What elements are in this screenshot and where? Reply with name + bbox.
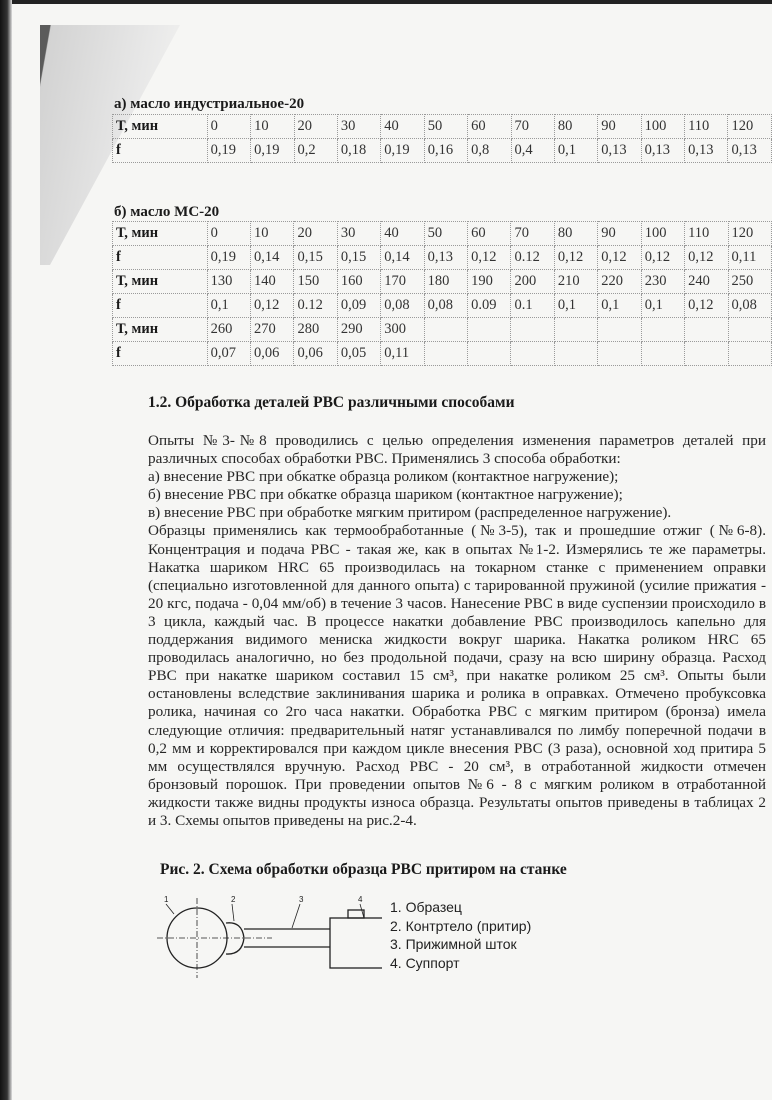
table-cell: 90 bbox=[598, 222, 641, 246]
table-cell: 0,1 bbox=[641, 294, 684, 318]
table-cell: 200 bbox=[511, 270, 554, 294]
table-b-caption: б) масло МС-20 bbox=[114, 204, 219, 221]
table-cell: 40 bbox=[381, 115, 424, 139]
table-cell: 0,19 bbox=[207, 139, 250, 163]
table-cell: 0 bbox=[207, 222, 250, 246]
svg-text:2: 2 bbox=[231, 895, 236, 904]
table-cell: 0,08 bbox=[381, 294, 424, 318]
table-cell bbox=[685, 342, 728, 366]
table-cell: 0,14 bbox=[251, 246, 294, 270]
table-cell: 0,11 bbox=[381, 342, 424, 366]
table-cell: 20 bbox=[294, 222, 337, 246]
row-label: Т, мин bbox=[113, 318, 208, 342]
table-cell: 150 bbox=[294, 270, 337, 294]
svg-text:1: 1 bbox=[164, 895, 169, 904]
list-item-a: а) внесение РВС при обкатке образца роли… bbox=[148, 468, 766, 486]
table-cell: 0,13 bbox=[641, 139, 684, 163]
table-cell: 240 bbox=[685, 270, 728, 294]
table-a-caption: а) масло индустриальное-20 bbox=[114, 96, 304, 113]
table-row: f0,10,120.120,090,080,080.090.10,10,10,1… bbox=[113, 294, 772, 318]
table-cell: 0,12 bbox=[685, 294, 728, 318]
table-cell: 280 bbox=[294, 318, 337, 342]
table-cell: 0,11 bbox=[728, 246, 772, 270]
table-cell: 0,14 bbox=[381, 246, 424, 270]
table-cell bbox=[598, 318, 641, 342]
table-cell bbox=[641, 318, 684, 342]
paragraph-intro: Опыты №3-№8 проводились с целью определе… bbox=[148, 432, 766, 468]
table-row: Т, мин0102030405060708090100110120 bbox=[113, 222, 772, 246]
table-cell: 0,12 bbox=[641, 246, 684, 270]
table-cell: 60 bbox=[468, 115, 511, 139]
row-label: f bbox=[113, 139, 208, 163]
table-cell: 60 bbox=[468, 222, 511, 246]
figure-caption: Рис. 2. Схема обработки образца РВС прит… bbox=[160, 861, 567, 879]
table-cell: 0.12 bbox=[294, 294, 337, 318]
table-cell: 0,05 bbox=[337, 342, 380, 366]
table-cell bbox=[598, 342, 641, 366]
scan-left-edge bbox=[0, 0, 12, 1100]
table-cell bbox=[511, 342, 554, 366]
table-cell bbox=[468, 342, 511, 366]
table-cell: 210 bbox=[554, 270, 597, 294]
counterbody-lap bbox=[226, 923, 244, 954]
table-cell: 0,4 bbox=[511, 139, 554, 163]
table-cell: 90 bbox=[598, 115, 641, 139]
table-cell: 0,15 bbox=[294, 246, 337, 270]
row-label: f bbox=[113, 246, 208, 270]
table-cell: 70 bbox=[511, 115, 554, 139]
table-cell: 0.1 bbox=[511, 294, 554, 318]
table-cell: 300 bbox=[381, 318, 424, 342]
table-b-mc20-oil: Т, мин0102030405060708090100110120f0,190… bbox=[112, 221, 772, 366]
table-row: Т, мин260270280290300 bbox=[113, 318, 772, 342]
figure-legend: 1. Образец 2. Контртело (притир) 3. Приж… bbox=[390, 898, 531, 972]
scan-top-edge bbox=[0, 0, 772, 4]
table-cell: 0,09 bbox=[337, 294, 380, 318]
table-cell: 0,18 bbox=[337, 139, 380, 163]
table-cell bbox=[728, 318, 772, 342]
table-cell: 0,12 bbox=[598, 246, 641, 270]
table-cell: 270 bbox=[251, 318, 294, 342]
table-cell: 10 bbox=[251, 115, 294, 139]
table-cell: 30 bbox=[337, 115, 380, 139]
table-a-industrial-oil: Т, мин0102030405060708090100110120f0,190… bbox=[112, 114, 772, 163]
table-cell: 10 bbox=[251, 222, 294, 246]
table-cell: 140 bbox=[251, 270, 294, 294]
table-cell: 120 bbox=[728, 115, 772, 139]
table-cell: 20 bbox=[294, 115, 337, 139]
table-row: Т, мин0102030405060708090100110120 bbox=[113, 115, 772, 139]
table-cell: 290 bbox=[337, 318, 380, 342]
table-cell: 0,13 bbox=[598, 139, 641, 163]
table-cell: 130 bbox=[207, 270, 250, 294]
list-item-b: б) внесение РВС при обкатке образца шари… bbox=[148, 486, 766, 504]
table-cell bbox=[424, 318, 467, 342]
table-cell bbox=[511, 318, 554, 342]
table-cell: 50 bbox=[424, 222, 467, 246]
table-cell: 220 bbox=[598, 270, 641, 294]
table-cell: 40 bbox=[381, 222, 424, 246]
table-cell: 0,1 bbox=[598, 294, 641, 318]
table-cell bbox=[641, 342, 684, 366]
table-cell bbox=[554, 342, 597, 366]
legend-item-lap: 2. Контртело (притир) bbox=[390, 917, 531, 936]
row-label: f bbox=[113, 342, 208, 366]
table-cell: 0,12 bbox=[251, 294, 294, 318]
table-cell: 0,19 bbox=[207, 246, 250, 270]
table-cell: 0,2 bbox=[294, 139, 337, 163]
row-label: Т, мин bbox=[113, 222, 208, 246]
table-cell: 0,19 bbox=[381, 139, 424, 163]
paragraph-main: Образцы применялись как термообработанны… bbox=[148, 522, 766, 830]
table-cell: 160 bbox=[337, 270, 380, 294]
table-cell: 70 bbox=[511, 222, 554, 246]
table-cell: 170 bbox=[381, 270, 424, 294]
section-heading: 1.2. Обработка деталей РВС различными сп… bbox=[148, 394, 515, 412]
support-block bbox=[330, 918, 382, 968]
svg-text:3: 3 bbox=[299, 895, 304, 904]
table-cell: 0,13 bbox=[685, 139, 728, 163]
table-cell: 260 bbox=[207, 318, 250, 342]
table-row: f0,190,190,20,180,190,160,80,40,10,130,1… bbox=[113, 139, 772, 163]
table-cell: 0,12 bbox=[685, 246, 728, 270]
table-cell: 80 bbox=[554, 222, 597, 246]
table-cell: 0,06 bbox=[251, 342, 294, 366]
table-cell: 100 bbox=[641, 115, 684, 139]
table-cell: 30 bbox=[337, 222, 380, 246]
table-cell: 0,8 bbox=[468, 139, 511, 163]
table-cell bbox=[728, 342, 772, 366]
table-cell: 0,1 bbox=[207, 294, 250, 318]
table-cell: 0,19 bbox=[251, 139, 294, 163]
table-row: f0,190,140,150,150,140,130,120.120,120,1… bbox=[113, 246, 772, 270]
table-cell: 0,12 bbox=[468, 246, 511, 270]
svg-text:4: 4 bbox=[358, 895, 363, 904]
legend-item-sample: 1. Образец bbox=[390, 898, 531, 917]
table-cell: 0,1 bbox=[554, 294, 597, 318]
table-row: Т, мин1301401501601701801902002102202302… bbox=[113, 270, 772, 294]
table-cell: 0,13 bbox=[424, 246, 467, 270]
table-cell: 0,08 bbox=[728, 294, 772, 318]
table-cell: 100 bbox=[641, 222, 684, 246]
row-label: f bbox=[113, 294, 208, 318]
table-cell bbox=[554, 318, 597, 342]
table-cell bbox=[468, 318, 511, 342]
table-cell bbox=[685, 318, 728, 342]
table-cell: 0,15 bbox=[337, 246, 380, 270]
table-row: f0,070,060,060,050,11 bbox=[113, 342, 772, 366]
table-cell: 230 bbox=[641, 270, 684, 294]
legend-item-rod: 3. Прижимной шток bbox=[390, 935, 531, 954]
section-body: Опыты №3-№8 проводились с целью определе… bbox=[148, 432, 766, 830]
table-cell: 0 bbox=[207, 115, 250, 139]
table-cell: 0,16 bbox=[424, 139, 467, 163]
row-label: Т, мин bbox=[113, 270, 208, 294]
table-cell: 0,13 bbox=[728, 139, 772, 163]
table-cell: 190 bbox=[468, 270, 511, 294]
table-cell: 0,06 bbox=[294, 342, 337, 366]
table-cell: 0.12 bbox=[511, 246, 554, 270]
list-item-c: в) внесение РВС при обработке мягким при… bbox=[148, 504, 766, 522]
table-cell: 0.09 bbox=[468, 294, 511, 318]
legend-item-support: 4. Суппорт bbox=[390, 954, 531, 973]
table-cell: 0,1 bbox=[554, 139, 597, 163]
table-cell: 50 bbox=[424, 115, 467, 139]
table-cell: 120 bbox=[728, 222, 772, 246]
lapping-scheme-diagram: 1 2 3 4 bbox=[152, 888, 382, 978]
table-cell: 0,12 bbox=[554, 246, 597, 270]
table-cell: 180 bbox=[424, 270, 467, 294]
table-cell: 0,08 bbox=[424, 294, 467, 318]
row-label: Т, мин bbox=[113, 115, 208, 139]
table-cell: 250 bbox=[728, 270, 772, 294]
table-cell: 110 bbox=[685, 222, 728, 246]
table-cell bbox=[424, 342, 467, 366]
table-cell: 0,07 bbox=[207, 342, 250, 366]
table-cell: 110 bbox=[685, 115, 728, 139]
table-cell: 80 bbox=[554, 115, 597, 139]
